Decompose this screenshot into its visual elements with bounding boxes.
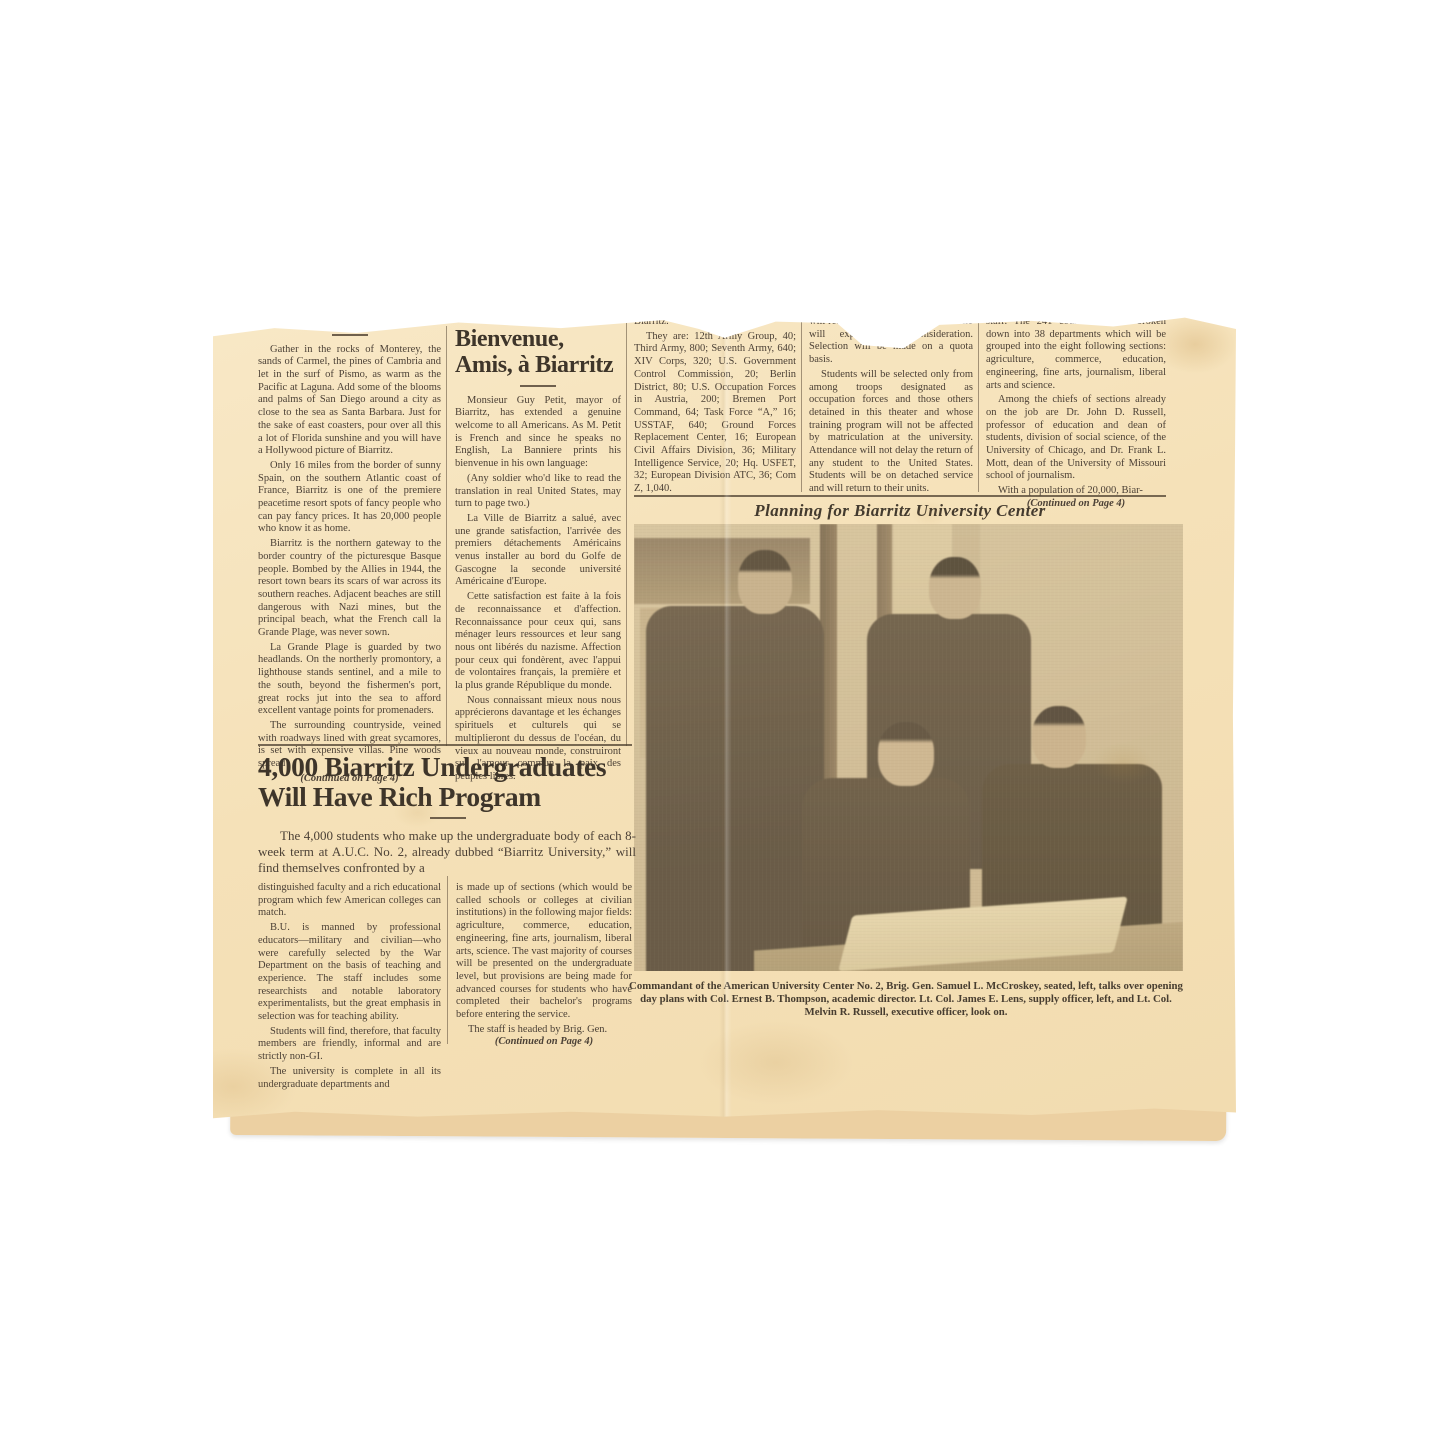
photo-caption: Commandant of the American University Ce… — [623, 980, 1189, 1020]
officer-standing-left-head — [738, 550, 792, 614]
photo-kicker: Planning for Biarritz University Center — [634, 501, 1166, 521]
body-paragraph: They are: 12th Army Group, 40; Third Arm… — [634, 331, 796, 496]
body-paragraph: Students will be selected only from amon… — [809, 369, 973, 496]
body-paragraph: (Any soldier who'd like to read the tran… — [455, 473, 621, 511]
headline-dash — [520, 385, 556, 387]
body-paragraph: Among the chiefs of sections already on … — [986, 394, 1166, 483]
body-paragraph: La Ville de Biarritz a salué, avec une g… — [455, 513, 621, 589]
section-rule — [258, 744, 632, 746]
page-background: { "colors": { "paper": "#f4e0b6", "ink":… — [0, 0, 1445, 1445]
headline-dash-wrap — [258, 817, 638, 827]
headline-line: Will Have Rich Program — [258, 782, 638, 812]
column-5-continuation: staff. The 241 courses will be broken do… — [986, 316, 1166, 513]
general-seated-head — [878, 722, 934, 786]
column-rule — [626, 318, 627, 746]
body-paragraph: staff. The 241 courses will be broken do… — [986, 316, 1166, 392]
undergrad-headline: 4,000 Biarritz Undergraduates Will Have … — [258, 752, 638, 812]
column-3-continuation: Biarritz. They are: 12th Army Group, 40;… — [634, 316, 796, 498]
body-paragraph: The university is complete in all its un… — [258, 1066, 441, 1091]
column-rule — [801, 316, 802, 492]
column-rule — [447, 876, 448, 1044]
column-rule — [978, 316, 979, 492]
body-paragraph: Cette satisfaction est faite à la fois d… — [455, 591, 621, 693]
column-4-continuation: will return it to the I and E officer wh… — [809, 316, 973, 498]
column-rule — [446, 326, 447, 746]
undergrad-left-column: distinguished faculty and a rich educati… — [258, 882, 441, 1093]
photo-scene — [634, 524, 1183, 971]
officer-standing-left-body — [646, 606, 824, 971]
body-paragraph: Gather in the rocks of Monterey, the san… — [258, 344, 441, 458]
bienvenue-headline: Bienvenue, Amis, à Biarritz — [455, 326, 621, 378]
news-photo — [634, 524, 1183, 971]
headline-line: Amis, à Biarritz — [455, 352, 621, 378]
body-paragraph: The staff is headed by Brig. Gen. — [456, 1024, 632, 1037]
body-paragraph: Biarritz is the northern gateway to the … — [258, 538, 441, 640]
officer-standing-right-head — [929, 557, 981, 619]
body-paragraph: La Grande Plage is guarded by two headla… — [258, 642, 441, 718]
column-1-monterey-article: Gather in the rocks of Monterey, the san… — [258, 334, 441, 788]
body-paragraph: will return it to the I and E officer wh… — [809, 316, 973, 367]
undergrad-lead: The 4,000 students who make up the under… — [258, 828, 636, 878]
officer-seated-right-head — [1032, 706, 1086, 768]
lead-paragraph: The 4,000 students who make up the under… — [258, 828, 636, 876]
headline-line: 4,000 Biarritz Undergraduates — [258, 752, 638, 782]
continued-notice: (Continued on Page 4) — [456, 1036, 632, 1049]
newspaper-sheet: Gather in the rocks of Monterey, the san… — [213, 312, 1236, 1119]
section-dash — [332, 334, 368, 336]
body-paragraph: Students will find, therefore, that facu… — [258, 1026, 441, 1064]
body-paragraph: Biarritz. — [634, 316, 796, 329]
body-paragraph: is made up of sections (which would be c… — [456, 882, 632, 1022]
headline-line: Bienvenue, — [455, 326, 621, 352]
body-paragraph: Monsieur Guy Petit, mayor of Biarritz, h… — [455, 395, 621, 471]
undergrad-right-column: is made up of sections (which would be c… — [456, 882, 632, 1051]
body-paragraph: distinguished faculty and a rich educati… — [258, 882, 441, 920]
body-paragraph: Only 16 miles from the border of sunny S… — [258, 460, 441, 536]
body-paragraph: B.U. is manned by professional educators… — [258, 922, 441, 1024]
headline-dash — [430, 817, 466, 819]
section-rule — [634, 495, 1166, 497]
column-2-bienvenue-article: Bienvenue, Amis, à Biarritz Monsieur Guy… — [455, 326, 621, 786]
